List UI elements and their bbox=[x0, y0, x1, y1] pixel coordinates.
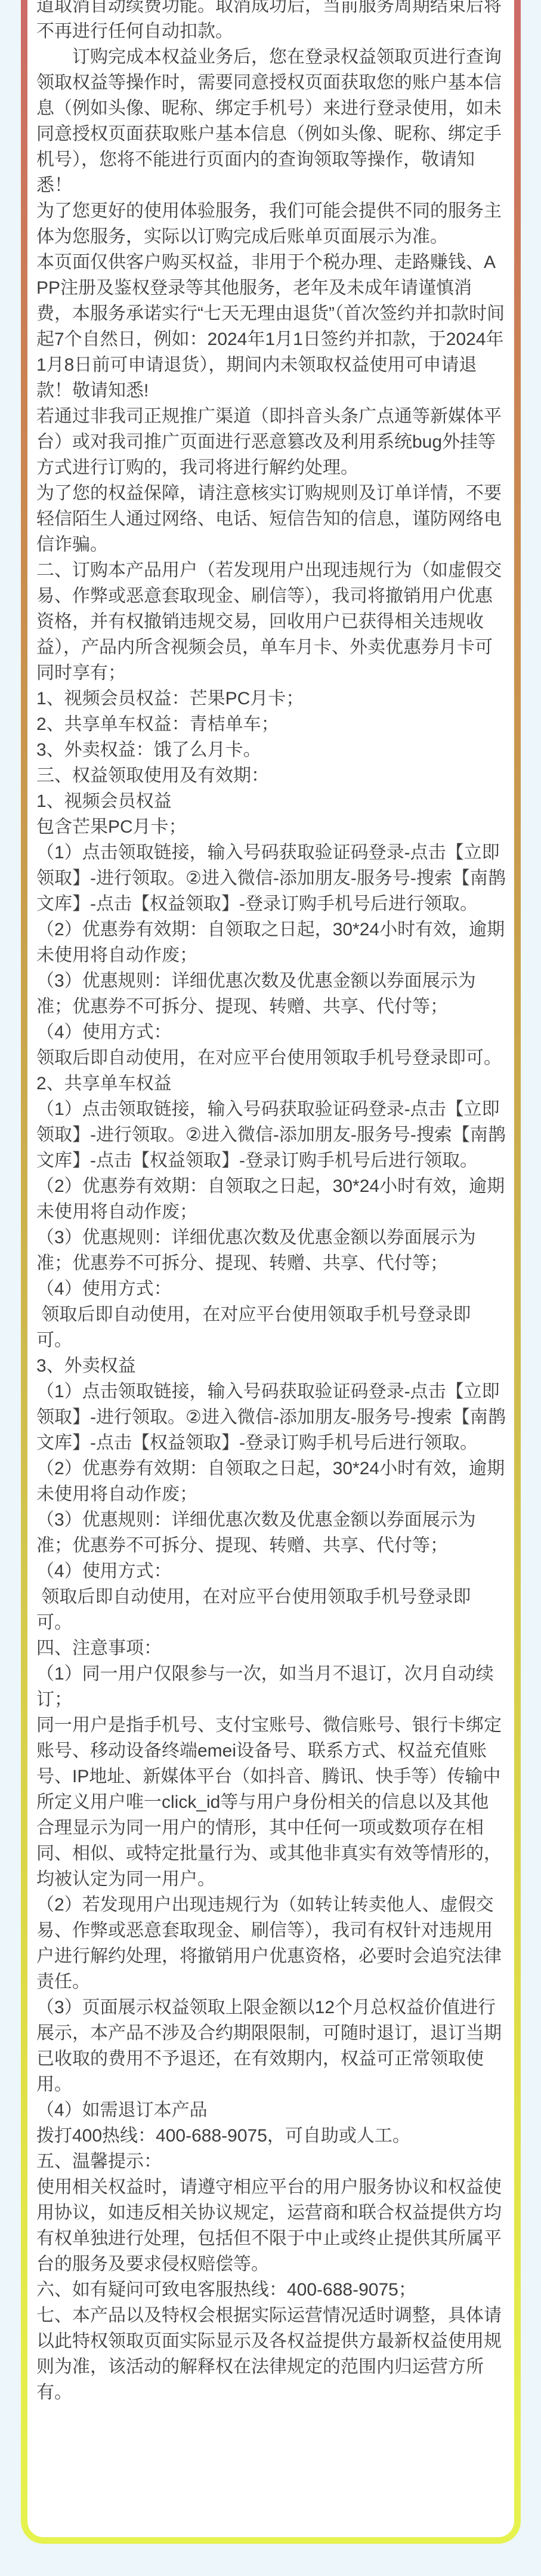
terms-paragraph: 道取消自动续费功能。取消成功后，当前服务周期结束后将不再进行任何自动扣款。 bbox=[36, 0, 506, 44]
terms-list-item: （4）使用方式： bbox=[36, 1558, 506, 1584]
terms-paragraph: 领取后即自动使用，在对应平台使用领取手机号登录即可。 bbox=[36, 1045, 506, 1071]
terms-paragraph: 为了您更好的使用体验服务，我们可能会提供不同的服务主体为您服务，实际以订购完成后… bbox=[36, 198, 506, 249]
terms-list-item: 3、外卖权益：饿了么月卡。 bbox=[36, 737, 506, 763]
terms-section-heading: 三、权益领取使用及有效期： bbox=[36, 763, 506, 788]
terms-section-heading: 六、如有疑问可致电客服热线：400-688-9075； bbox=[36, 2277, 506, 2303]
terms-list-item: （2）若发现用户出现违规行为（如转让转卖他人、虚假交易、作弊或恶意套取现金、刷信… bbox=[36, 1892, 506, 1995]
terms-paragraph: 拨打400热线：400-688-9075，可自助或人工。 bbox=[36, 2123, 506, 2149]
terms-list-item: （4）使用方式： bbox=[36, 1019, 506, 1045]
terms-paragraph: 同一用户是指手机号、支付宝账号、微信账号、银行卡绑定账号、移动设备终端emei设… bbox=[36, 1712, 506, 1892]
terms-text-container: 道取消自动续费功能。取消成功后，当前服务周期结束后将不再进行任何自动扣款。 订购… bbox=[36, 0, 506, 2405]
terms-paragraph: 领取后即自动使用，在对应平台使用领取手机号登录即可。 bbox=[36, 1302, 506, 1353]
terms-list-item: （2）优惠券有效期：自领取之日起，30*24小时有效，逾期未使用将自动作废； bbox=[36, 1173, 506, 1225]
terms-card: 道取消自动续费功能。取消成功后，当前服务周期结束后将不再进行任何自动扣款。 订购… bbox=[21, 0, 521, 2544]
terms-list-item: 2、共享单车权益：青桔单车； bbox=[36, 711, 506, 737]
terms-list-item: 2、共享单车权益 bbox=[36, 1071, 506, 1096]
terms-section-heading: 二、订购本产品用户（若发现用户出现违规行为（如虚假交易、作弊或恶意套取现金、刷信… bbox=[36, 557, 506, 686]
terms-list-item: （1）同一用户仅限参与一次，如当月不退订，次月自动续订； bbox=[36, 1661, 506, 1712]
terms-section-heading: 七、本产品以及特权会根据实际运营情况适时调整，具体请以此特权领取页面实际显示及各… bbox=[36, 2303, 506, 2405]
terms-list-item: （4）使用方式： bbox=[36, 1276, 506, 1302]
terms-paragraph: 为了您的权益保障，请注意核实订购规则及订单详情，不要轻信陌生人通过网络、电话、短… bbox=[36, 480, 506, 557]
terms-card-inner: 道取消自动续费功能。取消成功后，当前服务周期结束后将不再进行任何自动扣款。 订购… bbox=[27, 0, 514, 2537]
terms-list-item: 1、视频会员权益 bbox=[36, 788, 506, 814]
terms-paragraph: 包含芒果PC月卡； bbox=[36, 814, 506, 840]
terms-list-item: （4）如需退订本产品 bbox=[36, 2097, 506, 2123]
terms-paragraph: 订购完成本权益业务后，您在登录权益领取页进行查询领取权益等操作时，需要同意授权页… bbox=[36, 44, 506, 198]
terms-list-item: （2）优惠券有效期：自领取之日起，30*24小时有效，逾期未使用将自动作废； bbox=[36, 917, 506, 968]
terms-paragraph: 使用相关权益时，请遵守相应平台的用户服务协议和权益使用协议，如违反相关协议规定，… bbox=[36, 2174, 506, 2277]
terms-list-item: （3）页面展示权益领取上限金额以12个月总权益价值进行展示，本产品不涉及合约期限… bbox=[36, 1995, 506, 2097]
page-background: { "page": { "background_color": "#edf6fa… bbox=[0, 0, 541, 2576]
terms-list-item: （1）点击领取链接，输入号码获取验证码登录-点击【立即领取】-进行领取。②进入微… bbox=[36, 840, 506, 917]
terms-paragraph: 若通过非我司正规推广渠道（即抖音头条广点通等新媒体平台）或对我司推广页面进行恶意… bbox=[36, 403, 506, 480]
terms-list-item: （3）优惠规则：详细优惠次数及优惠金额以券面展示为准；优惠券不可拆分、提现、转赠… bbox=[36, 1225, 506, 1276]
terms-paragraph: 本页面仅供客户购买权益，非用于个税办理、走路赚钱、APP注册及鉴权登录等其他服务… bbox=[36, 249, 506, 403]
terms-list-item: （2）优惠券有效期：自领取之日起，30*24小时有效，逾期未使用将自动作废； bbox=[36, 1456, 506, 1507]
terms-list-item: （3）优惠规则：详细优惠次数及优惠金额以券面展示为准；优惠券不可拆分、提现、转赠… bbox=[36, 968, 506, 1019]
terms-list-item: 1、视频会员权益：芒果PC月卡； bbox=[36, 686, 506, 711]
terms-paragraph: 领取后即自动使用，在对应平台使用领取手机号登录即可。 bbox=[36, 1584, 506, 1635]
terms-list-item: （1）点击领取链接，输入号码获取验证码登录-点击【立即领取】-进行领取。②进入微… bbox=[36, 1379, 506, 1456]
terms-section-heading: 四、注意事项： bbox=[36, 1635, 506, 1661]
terms-section-heading: 五、温馨提示： bbox=[36, 2149, 506, 2174]
terms-list-item: （3）优惠规则：详细优惠次数及优惠金额以券面展示为准；优惠券不可拆分、提现、转赠… bbox=[36, 1507, 506, 1558]
terms-list-item: （1）点击领取链接，输入号码获取验证码登录-点击【立即领取】-进行领取。②进入微… bbox=[36, 1096, 506, 1173]
terms-list-item: 3、外卖权益 bbox=[36, 1353, 506, 1379]
